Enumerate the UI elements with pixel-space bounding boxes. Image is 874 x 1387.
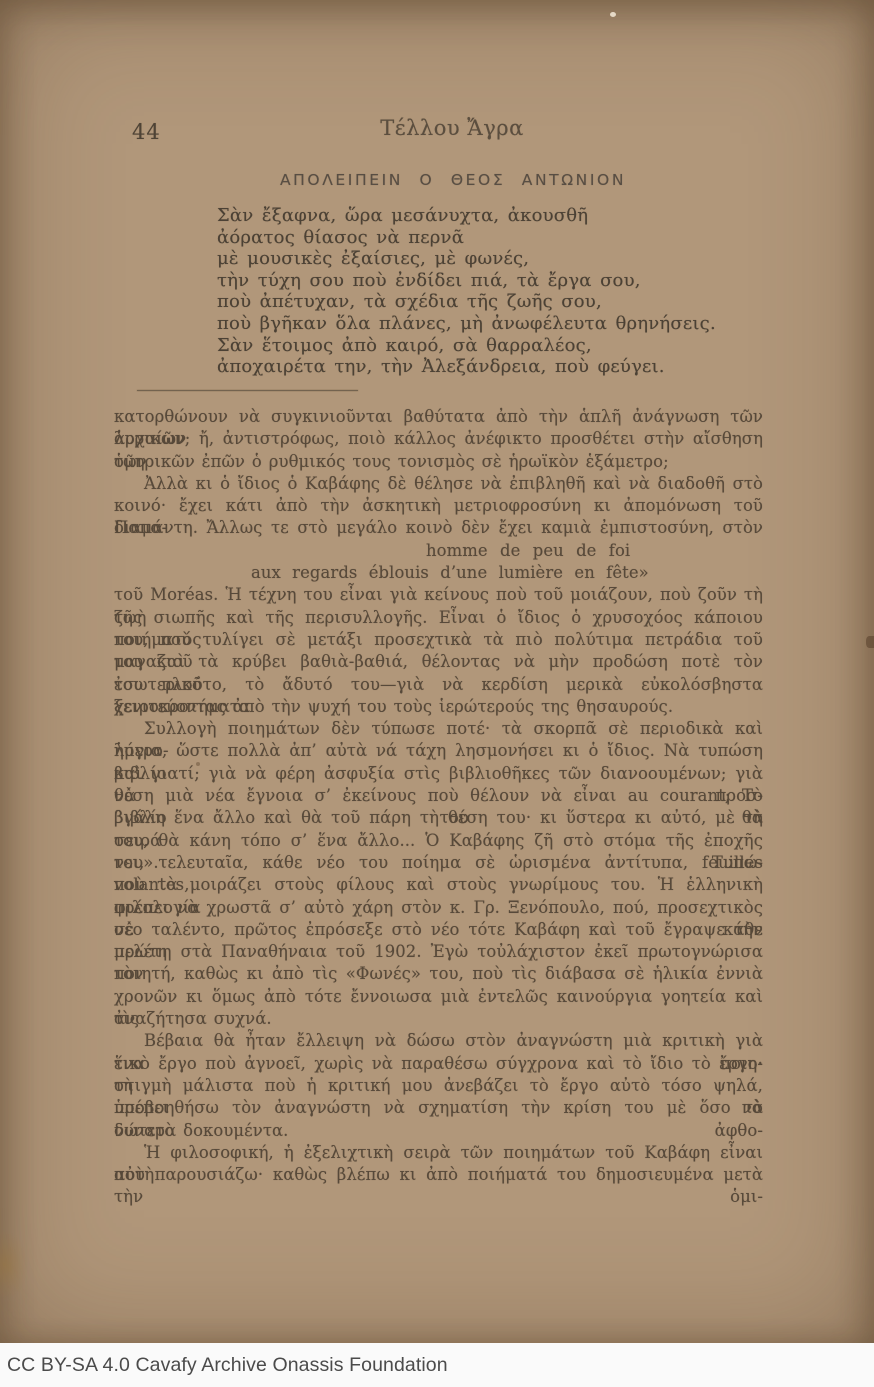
footnote-line: λυρικῶν; ἤ, ἀντιστρόφως, ποιὸ κάλλος ἀνέ… (114, 428, 763, 450)
license-text: CC BY-SA 4.0 Cavafy Archive Onassis Foun… (7, 1354, 448, 1377)
paper-stain (0, 1230, 28, 1300)
running-head: Τέλλου Ἄγρα (30, 116, 874, 140)
footnote-line: ὑποβοηθήσω τὸν ἀναγνώστη νὰ σχηματίση τὴ… (114, 1097, 763, 1119)
paper-speck (610, 12, 616, 17)
footnote-line: λόγια, ὥστε πολλὰ ἀπ’ αὐτὰ νά τάχη λησμο… (114, 740, 763, 762)
footnote-body: κατορθώνουν νὰ συγκινιοῦνται βαθύτατα ἀπ… (114, 406, 763, 1186)
footnote-line: ποιητή, καθὼς κι ἀπὸ τὶς «Φωνές» του, πο… (114, 963, 763, 985)
footnote-line: βγάλη ἕνα ἄλλο καὶ θὰ τοῦ πάρη τὴ θέση τ… (114, 807, 763, 829)
footnote-line: Συλλογὴ ποιημάτων δὲν τύπωσε ποτέ· τὰ σκ… (114, 718, 763, 740)
footnote-line: μελέτη στὰ Παναθήναια τοῦ 1902. Ἐγὼ τοὐλ… (114, 941, 763, 963)
poem-body: Σὰν ἔξαφνα, ὥρα μεσάνυχτα, ἀκουσθῆἀόρατο… (217, 205, 777, 378)
poem-line: Σὰν ἔξαφνα, ὥρα μεσάνυχτα, ἀκουσθῆ (217, 205, 777, 227)
footnote-line: του, θὰ κάνη τόπο σ’ ἕνα ἄλλο... Ὁ Καβάφ… (114, 830, 763, 852)
footnote-line: τοῦ Moréas. Ἡ τέχνη του εἶναι γιὰ κείνου… (114, 584, 763, 606)
footnote-line: ὁμηρικῶν ἐπῶν ὁ ρυθμικός τους τονισμὸς σ… (114, 451, 763, 473)
footnote-line: Ἡ φιλοσοφική, ἡ ἐξελιχτικὴ σειρὰ τῶν ποι… (114, 1142, 763, 1164)
footnote-line: τῆς σιωπῆς καὶ τῆς περισυλλογῆς. Εἶναι ὁ… (114, 607, 763, 629)
poem-line: ἀόρατος θίασος νὰ περνᾶ (217, 227, 777, 249)
poem-line: τὴν τύχη σου ποὺ ἐνδίδει πιά, τὰ ἔργα σο… (217, 270, 777, 292)
poem-line: μὲ μουσικὲς ἐξαίσιες, μὲ φωνές, (217, 248, 777, 270)
footnote-line: καὶ γιατί; γιὰ νὰ φέρη ἀσφυξία στὶς βιβλ… (114, 763, 763, 785)
paper-speck (866, 636, 874, 648)
footnote-line: ξενιτεύοντας ἀπὸ τὴν ψυχή του τοὺς ἱερώτ… (114, 696, 763, 718)
poem-title: ΑΠΟΛΕΙΠΕΙΝ Ο ΘΕΟΣ ΑΝΤΩΝΙΟΝ (32, 171, 874, 189)
footnote-line: χρονῶν κι ὅμως ἀπὸ τότε ἔννοιωσα μιὰ ἐντ… (114, 986, 763, 1008)
footnote-line: ἀναζήτησα συχνά. (114, 1008, 763, 1030)
poem-line: ποὺ βγῆκαν ὅλα πλάνες, μὴ ἀνωφέλευτα θρη… (217, 313, 777, 335)
footnote-separator-rule (137, 390, 358, 391)
footnote-line: τικὸ ἔργο ποὺ ἀγνοεῖ, χωρὶς νὰ παραθέσω … (114, 1053, 763, 1075)
footnote-line: κοινό· ἔχει κάτι ἀπὸ τὴν ἀσκητικὴ μετριο… (114, 495, 763, 517)
license-bar: CC BY-SA 4.0 Cavafy Archive Onassis Foun… (0, 1343, 874, 1387)
poem-line: ἀποχαιρέτα την, τὴν Ἀλεξάνδρεια, ποὺ φεύ… (217, 356, 777, 378)
footnote-line: Ἀλλὰ κι ὁ ἴδιος ὁ Καβάφης δὲ θέλησε νὰ ἐ… (114, 473, 763, 495)
footnote-line: θέση μιὰ νέα ἔγνοια σ’ ἐκείνους ποὺ θέλο… (114, 785, 763, 807)
footnote-line: πρέπει νὰ χρωστᾶ σ’ αὐτὸ χάρη στὸν κ. Γρ… (114, 897, 763, 919)
footnote-line: Βέβαια θὰ ἦταν ἔλλειψη νὰ δώσω στὸν ἀναγ… (114, 1030, 763, 1052)
footnote-line: στιγμὴ μάλιστα ποὺ ἡ κριτική μου ἀνεβάζε… (114, 1075, 763, 1097)
footnote-line: ποὺ τὰ μοιράζει στοὺς φίλους καὶ στοὺς γ… (114, 874, 763, 896)
footnote-line: του πλοῦτο, τὸ ἄδυτό του—γιὰ νὰ κερδίση … (114, 674, 763, 696)
footnote-line: aux regards éblouis d’une lumière en fêt… (114, 562, 763, 584)
footnote-line: διαμάντη. Ἄλλως τε στὸ μεγάλο κοινὸ δὲν … (114, 517, 763, 539)
footnote-line: κατορθώνουν νὰ συγκινιοῦνται βαθύτατα ἀπ… (114, 406, 763, 428)
poem-line: Σὰν ἕτοιμος ἀπὸ καιρό, σὰ θαρραλέος, (217, 335, 777, 357)
footnote-line: του καὶ τὰ κρύβει βαθιὰ-βαθιά, θέλοντας … (114, 651, 763, 673)
footnote-line: νέο ταλέντο, πρῶτος ἐπρόσεξε στὸ νέο τότ… (114, 919, 763, 941)
footnote-line: του, ποὺ τυλίγει σὲ μετάξι προσεχτικὰ τὰ… (114, 629, 763, 651)
book-page-scan: 44 Τέλλου Ἄγρα ΑΠΟΛΕΙΠΕΙΝ Ο ΘΕΟΣ ΑΝΤΩΝΙΟ… (0, 0, 874, 1343)
footnote-line: homme de peu de foi (114, 540, 763, 562)
poem-line: ποὺ ἀπέτυχαν, τὰ σχέδια τῆς ζωῆς σου, (217, 291, 777, 313)
footnote-line: νει, τελευταῖα, κάθε νέο του ποίημα σὲ ὡ… (114, 852, 763, 874)
footnote-line: ποὺ παρουσιάζω· καθὼς βλέπω κι ἀπὸ ποιήμ… (114, 1164, 763, 1186)
